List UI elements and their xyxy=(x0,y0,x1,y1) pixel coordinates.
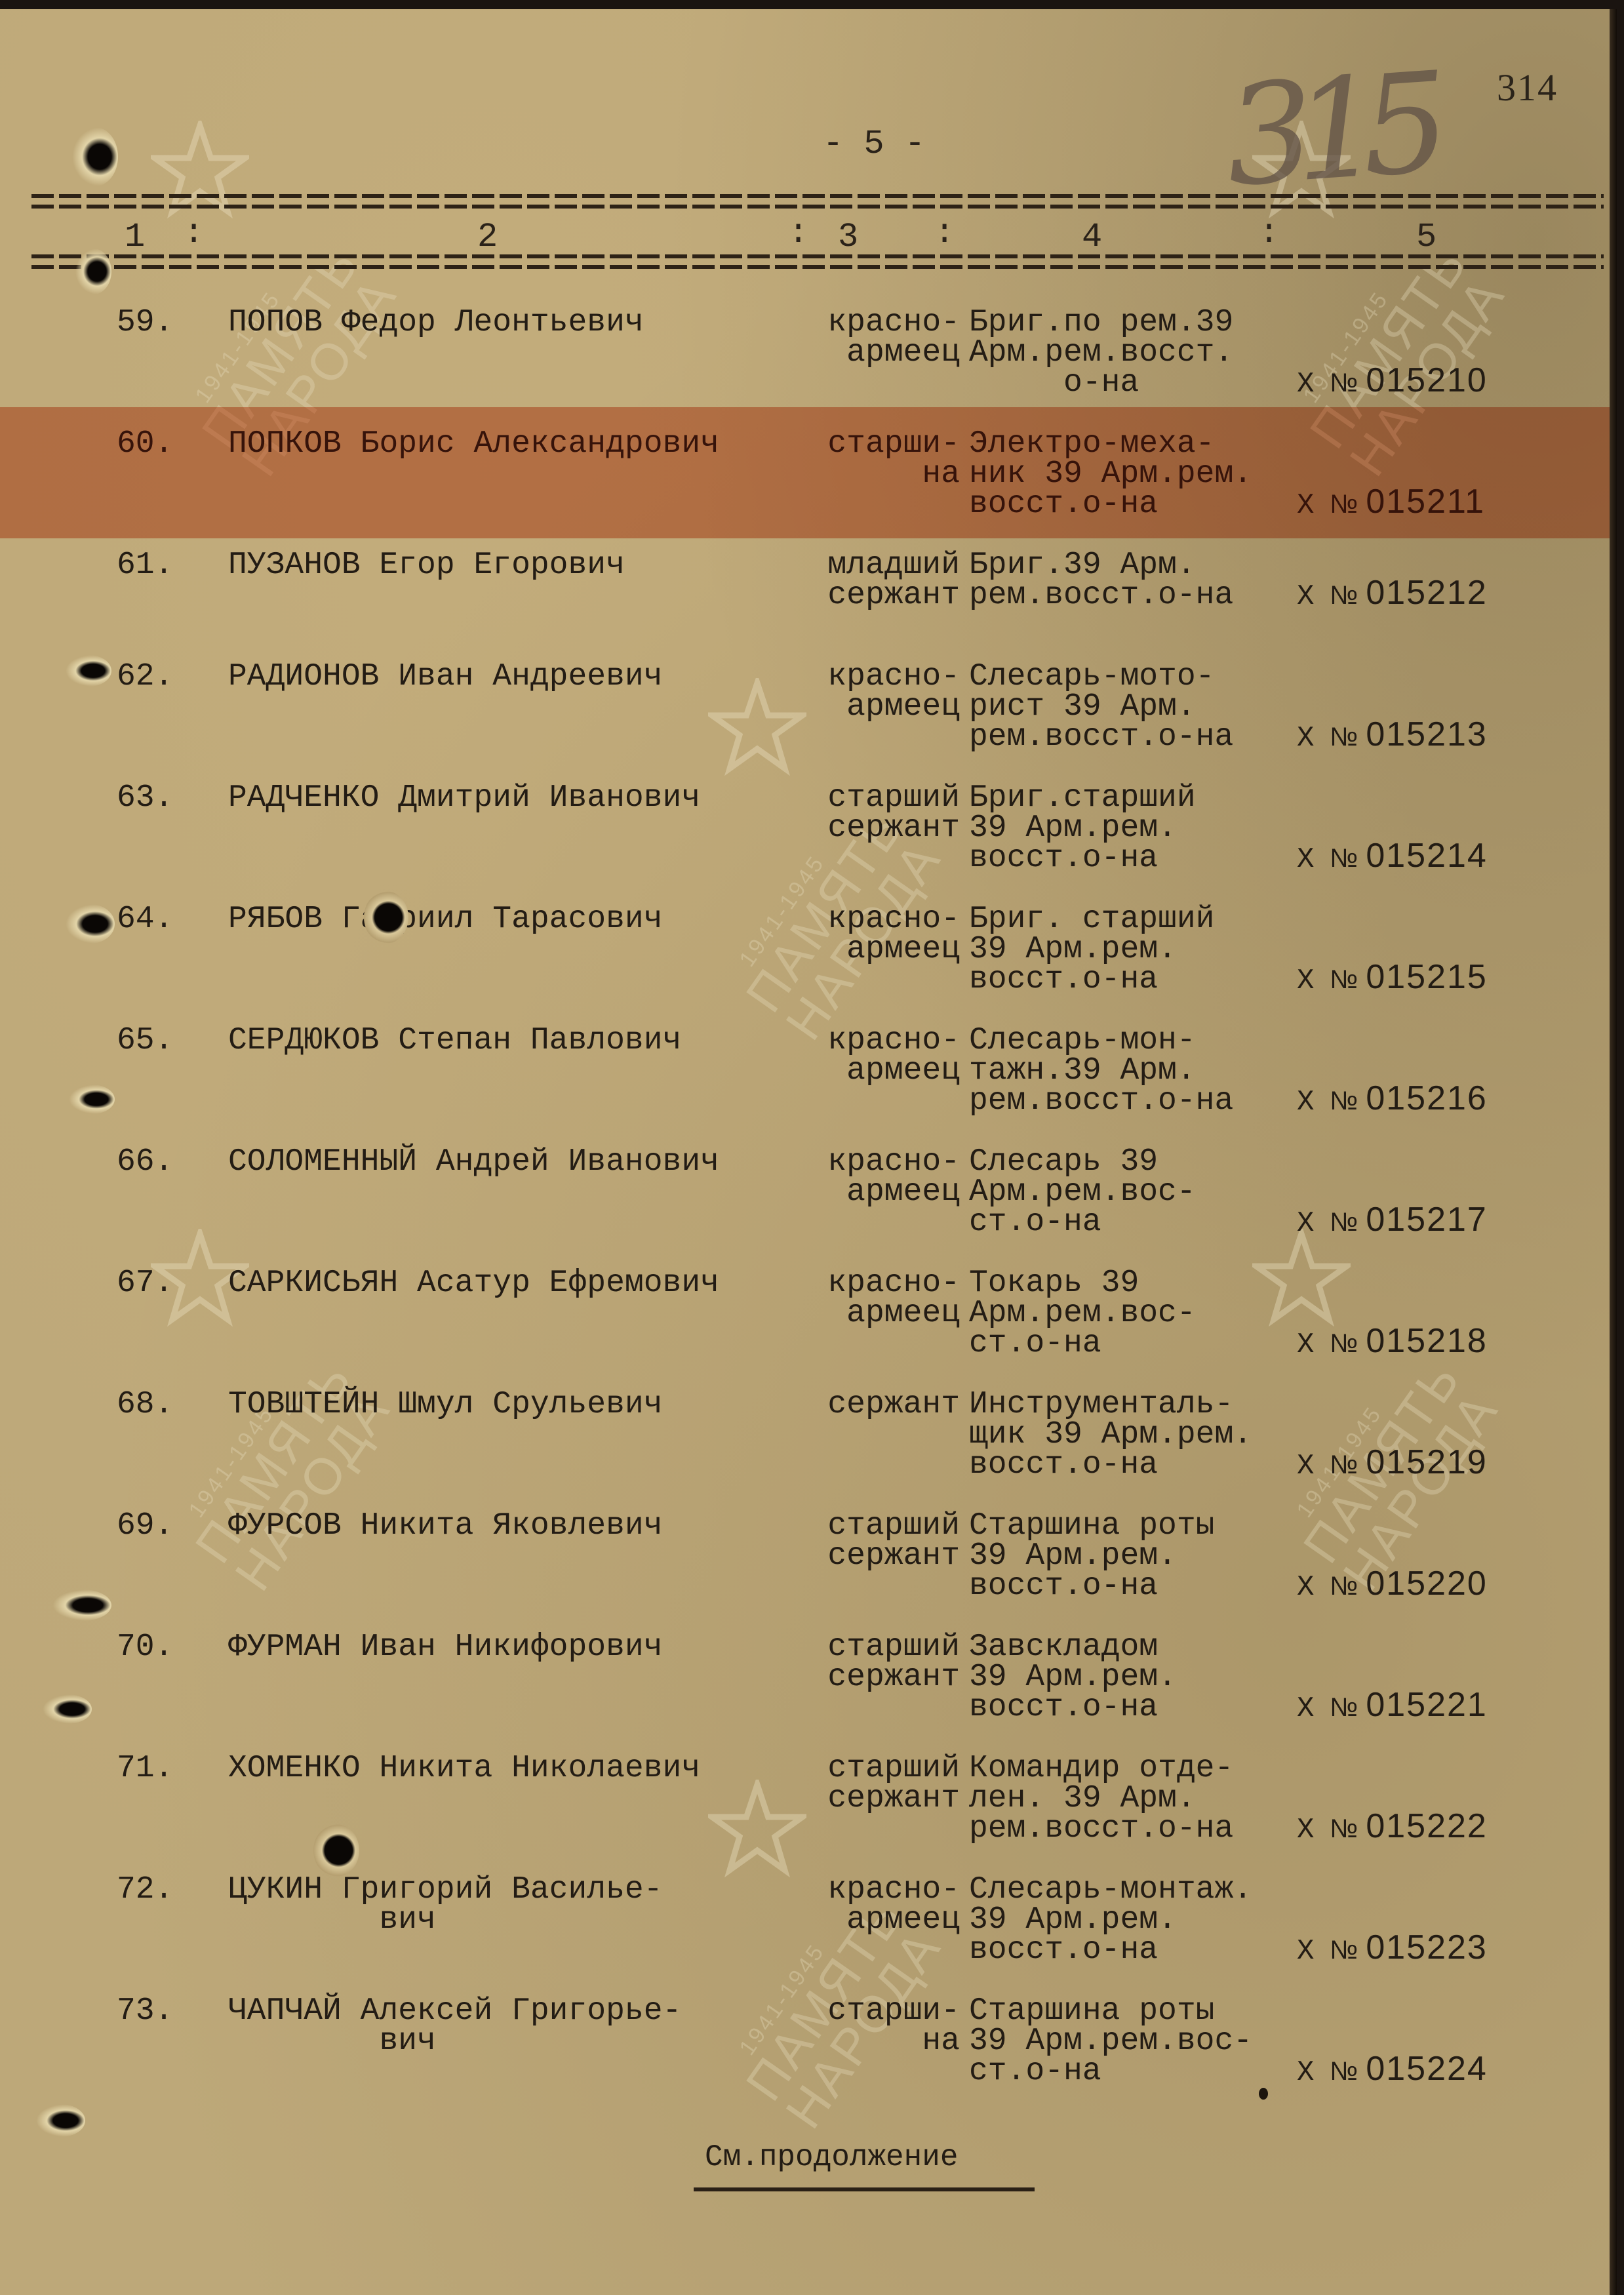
punch-hole xyxy=(66,655,111,687)
entry-position-line: Арм.рем.восст. xyxy=(969,338,1233,368)
entry-position-line: 39 Арм.рем. xyxy=(969,1662,1177,1692)
entry-position-line: восст.о-на xyxy=(969,1571,1214,1601)
entry-position-line: рем.восст.о-на xyxy=(969,1814,1233,1844)
entry-position-line: лен. 39 Арм. xyxy=(969,1784,1233,1814)
entry-position-line: Слесарь 39 xyxy=(969,1147,1196,1177)
page-edge xyxy=(1610,9,1617,2295)
entry-position-line: восст.о-на xyxy=(969,1935,1252,1965)
entry-rank-line: младший xyxy=(805,550,960,580)
punch-hole xyxy=(313,1824,359,1877)
entry-rank: старшийсержант xyxy=(805,1753,960,1814)
number-sign: № xyxy=(1330,1572,1359,1601)
entry-award-number: Х№015215 xyxy=(1297,962,1488,996)
entry-name-line: ФУРСОВ Никита Яковлевич xyxy=(228,1511,663,1541)
entry-position-line: Арм.рем.вос- xyxy=(969,1177,1196,1207)
highlighted-entry-band xyxy=(0,407,1617,538)
award-serial: 015224 xyxy=(1366,2050,1488,2088)
entry-full-name: СЕРДЮКОВ Степан Павлович xyxy=(228,1026,681,1056)
number-sign: № xyxy=(1330,1450,1359,1479)
entry-rank: красно-армеец xyxy=(805,1875,960,1935)
entry-rank-line: красно- xyxy=(805,904,960,934)
number-sign: № xyxy=(1330,1936,1359,1965)
entry-name-line: ПОПОВ Федор Леонтьевич xyxy=(228,308,644,338)
entry-name-line: РЯБОВ Гавриил Тарасович xyxy=(228,904,663,934)
entry-position: Бриг.старший39 Арм.рем.восст.о-на xyxy=(969,783,1196,873)
column-header-1: 1 xyxy=(125,218,145,256)
entry-name-line: ЧАПЧАЙ Алексей Григорье- xyxy=(228,1996,681,2026)
award-prefix: Х xyxy=(1297,1935,1315,1968)
entry-position-line: ст.о-на xyxy=(969,2056,1252,2086)
award-prefix: Х xyxy=(1297,1571,1315,1604)
number-sign: № xyxy=(1330,844,1359,873)
punch-hole xyxy=(364,891,408,944)
entry-rank-line: старший xyxy=(805,1511,960,1541)
entry-number: 68. xyxy=(117,1389,173,1420)
number-sign: № xyxy=(1330,581,1359,610)
number-sign: № xyxy=(1330,1814,1359,1843)
entry-rank-line: сержант xyxy=(805,1389,960,1420)
entry-rank: красно-армеец xyxy=(805,308,960,368)
entry-award-number: Х№015216 xyxy=(1297,1083,1488,1117)
entry-rank-line: сержант xyxy=(805,813,960,843)
entry-rank: старшийсержант xyxy=(805,1511,960,1571)
award-serial: 015217 xyxy=(1366,1201,1488,1239)
entry-position-line: рем.восст.о-на xyxy=(969,1086,1233,1116)
entry-position-line: рем.восст.о-на xyxy=(969,722,1233,752)
entry-rank-line: старший xyxy=(805,1753,960,1784)
entry-award-number: Х№015217 xyxy=(1297,1205,1488,1239)
entry-number: 67. xyxy=(117,1268,173,1298)
entry-name-line: ПУЗАНОВ Егор Егорович xyxy=(228,550,625,580)
award-prefix: Х xyxy=(1297,965,1315,997)
entry-position-line: щик 39 Арм.рем. xyxy=(969,1420,1252,1450)
ink-dot xyxy=(1259,2088,1268,2100)
award-prefix: Х xyxy=(1297,1450,1315,1483)
entry-rank-line: армеец xyxy=(805,1905,960,1935)
punch-hole xyxy=(75,249,111,294)
entry-position-line: Старшина роты xyxy=(969,1996,1252,2026)
number-sign: № xyxy=(1330,1329,1359,1358)
entry-position: Токарь 39Арм.рем.вос-ст.о-на xyxy=(969,1268,1196,1359)
punch-hole xyxy=(43,1694,92,1724)
entry-full-name: ЧАПЧАЙ Алексей Григорье- вич xyxy=(228,1996,681,2056)
continuation-underline xyxy=(694,2187,1035,2191)
entry-full-name: ТОВШТЕЙН Шмул Срульевич xyxy=(228,1389,663,1420)
entry-full-name: РЯБОВ Гавриил Тарасович xyxy=(228,904,663,934)
entry-position: Слесарь-мото-рист 39 Арм.рем.восст.о-на xyxy=(969,662,1233,752)
watermark-star-icon xyxy=(1252,1229,1351,1327)
award-serial: 015218 xyxy=(1366,1322,1488,1360)
entry-position-line: ст.о-на xyxy=(969,1328,1196,1359)
entry-full-name: ЦУКИН Григорий Василье- вич xyxy=(228,1875,663,1935)
entry-rank: красно-армеец xyxy=(805,662,960,722)
entry-rank: старшийсержант xyxy=(805,1632,960,1692)
award-prefix: Х xyxy=(1297,722,1315,755)
entry-name-line: САРКИСЬЯН Асатур Ефремович xyxy=(228,1268,719,1298)
punch-hole xyxy=(52,1589,111,1621)
column-separator: : xyxy=(934,214,955,252)
entry-number: 65. xyxy=(117,1026,173,1056)
entry-full-name: ХОМЕНКО Никита Николаевич xyxy=(228,1753,700,1784)
punch-hole xyxy=(69,1085,115,1114)
column-header-3: 3 xyxy=(838,218,858,256)
entry-number: 72. xyxy=(117,1875,173,1905)
award-serial: 015214 xyxy=(1366,837,1488,875)
entry-full-name: ПОПОВ Федор Леонтьевич xyxy=(228,308,644,338)
entry-position-line: Командир отде- xyxy=(969,1753,1233,1784)
entry-number: 73. xyxy=(117,1996,173,2026)
entry-number: 64. xyxy=(117,904,173,934)
entry-number: 62. xyxy=(117,662,173,692)
entry-number: 71. xyxy=(117,1753,173,1784)
entry-full-name: САРКИСЬЯН Асатур Ефремович xyxy=(228,1268,719,1298)
entry-position-line: Слесарь-мото- xyxy=(969,662,1233,692)
entry-rank-line: старший xyxy=(805,1632,960,1662)
column-separator: : xyxy=(184,214,204,252)
continuation-note: См.продолжение xyxy=(705,2140,958,2174)
award-prefix: Х xyxy=(1297,368,1315,401)
entry-position-line: Слесарь-мон- xyxy=(969,1026,1233,1056)
entry-position: Бриг. старший39 Арм.рем.восст.о-на xyxy=(969,904,1214,995)
number-sign: № xyxy=(1330,1208,1359,1237)
entry-position-line: восст.о-на xyxy=(969,843,1196,873)
entry-name-line: СЕРДЮКОВ Степан Павлович xyxy=(228,1026,681,1056)
entry-rank: красно-армеец xyxy=(805,1026,960,1086)
entry-award-number: Х№015222 xyxy=(1297,1811,1488,1845)
entry-number: 70. xyxy=(117,1632,173,1662)
award-serial: 015220 xyxy=(1366,1565,1488,1603)
award-serial: 015219 xyxy=(1366,1443,1488,1481)
entry-rank: старши-на xyxy=(805,1996,960,2056)
number-sign: № xyxy=(1330,723,1359,751)
watermark-text: 1941-1945ПАМЯТЬНАРОДА xyxy=(170,1341,400,1598)
entry-award-number: Х№015220 xyxy=(1297,1568,1488,1603)
entry-rank-line: сержант xyxy=(805,1784,960,1814)
punch-hole xyxy=(66,904,115,944)
entry-rank-line: старший xyxy=(805,783,960,813)
watermark-star-icon xyxy=(708,1780,806,1878)
entry-rank: младшийсержант xyxy=(805,550,960,610)
entry-position: Инструменталь-щик 39 Арм.рем.восст.о-на xyxy=(969,1389,1252,1480)
entry-name-line: ЦУКИН Григорий Василье- xyxy=(228,1875,663,1905)
award-prefix: Х xyxy=(1297,580,1315,613)
entry-position: Слесарь-мон-тажн.39 Арм.рем.восст.о-на xyxy=(969,1026,1233,1116)
entry-full-name: РАДЧЕНКО Дмитрий Иванович xyxy=(228,783,700,813)
entry-position-line: тажн.39 Арм. xyxy=(969,1056,1233,1086)
entry-position: Бриг.39 Арм.рем.восст.о-на xyxy=(969,550,1233,610)
watermark-star-icon xyxy=(708,678,806,776)
entry-position-line: Арм.рем.вос- xyxy=(969,1298,1196,1328)
entry-position-line: Завскладом xyxy=(969,1632,1177,1662)
entry-position-line: рист 39 Арм. xyxy=(969,692,1233,722)
entry-award-number: Х№015219 xyxy=(1297,1447,1488,1481)
column-separator: : xyxy=(1259,214,1279,252)
entry-name-line: вич xyxy=(228,2026,681,2056)
award-prefix: Х xyxy=(1297,1692,1315,1725)
award-serial: 015216 xyxy=(1366,1079,1488,1117)
entry-number: 61. xyxy=(117,550,173,580)
entry-rank: красно-армеец xyxy=(805,1268,960,1328)
entry-position-line: 39 Арм.рем. xyxy=(969,1541,1214,1571)
entry-full-name: ПУЗАНОВ Егор Егорович xyxy=(228,550,625,580)
award-prefix: Х xyxy=(1297,843,1315,876)
entry-number: 69. xyxy=(117,1511,173,1541)
entry-rank: красно-армеец xyxy=(805,1147,960,1207)
entry-rank-line: красно- xyxy=(805,1875,960,1905)
number-sign: № xyxy=(1330,965,1359,994)
entry-position-line: Токарь 39 xyxy=(969,1268,1196,1298)
entry-rank-line: на xyxy=(805,2026,960,2056)
entry-rank-line: армеец xyxy=(805,1298,960,1328)
award-prefix: Х xyxy=(1297,1207,1315,1240)
award-prefix: Х xyxy=(1297,1086,1315,1119)
entry-number: 59. xyxy=(117,308,173,338)
punch-hole xyxy=(72,127,118,186)
award-prefix: Х xyxy=(1297,1328,1315,1361)
entry-name-line: ФУРМАН Иван Никифорович xyxy=(228,1632,663,1662)
entry-name-line: вич xyxy=(228,1905,663,1935)
header-rule-bottom xyxy=(31,254,1604,269)
entry-rank-line: красно- xyxy=(805,1026,960,1056)
entry-full-name: СОЛОМЕННЫЙ Андрей Иванович xyxy=(228,1147,719,1177)
entry-position-line: ст.о-на xyxy=(969,1207,1196,1237)
award-serial: 015213 xyxy=(1366,715,1488,753)
archive-document-page: 1941-1945ПАМЯТЬНАРОДА 1941-1945ПАМЯТЬНАР… xyxy=(0,9,1617,2295)
entry-position: Бриг.по рем.39Арм.рем.восст. о-на xyxy=(969,308,1233,398)
entry-position-line: рем.восст.о-на xyxy=(969,580,1233,610)
entry-position-line: восст.о-на xyxy=(969,1450,1252,1480)
entry-award-number: Х№015210 xyxy=(1297,365,1488,399)
entry-number: 63. xyxy=(117,783,173,813)
entry-position-line: 39 Арм.рем.вос- xyxy=(969,2026,1252,2056)
entry-rank-line: армеец xyxy=(805,692,960,722)
entry-name-line: РАДЧЕНКО Дмитрий Иванович xyxy=(228,783,700,813)
award-prefix: Х xyxy=(1297,2056,1315,2089)
entry-award-number: Х№015213 xyxy=(1297,719,1488,753)
entry-rank-line: красно- xyxy=(805,662,960,692)
entry-name-line: ХОМЕНКО Никита Николаевич xyxy=(228,1753,700,1784)
entry-award-number: Х№015214 xyxy=(1297,841,1488,875)
entry-rank-line: армеец xyxy=(805,934,960,965)
entry-position-line: восст.о-на xyxy=(969,1692,1177,1723)
entry-rank-line: красно- xyxy=(805,1268,960,1298)
entry-position-line: Бриг.по рем.39 xyxy=(969,308,1233,338)
entry-position: Слесарь 39Арм.рем.вос-ст.о-на xyxy=(969,1147,1196,1237)
award-prefix: Х xyxy=(1297,1814,1315,1846)
entry-award-number: Х№015221 xyxy=(1297,1690,1488,1724)
entry-position: Завскладом39 Арм.рем.восст.о-на xyxy=(969,1632,1177,1723)
header-rule-top xyxy=(31,194,1604,209)
handwritten-folio-number: 315 xyxy=(1221,43,1435,217)
entry-position-line: Бриг.39 Арм. xyxy=(969,550,1233,580)
award-serial: 015212 xyxy=(1366,574,1488,612)
entry-rank-line: сержант xyxy=(805,1541,960,1571)
entry-name-line: ТОВШТЕЙН Шмул Срульевич xyxy=(228,1389,663,1420)
entry-position-line: Старшина роты xyxy=(969,1511,1214,1541)
entry-award-number: Х№015218 xyxy=(1297,1326,1488,1360)
entry-position-line: Бриг.старший xyxy=(969,783,1196,813)
entry-rank-line: красно- xyxy=(805,1147,960,1177)
entry-full-name: ФУРМАН Иван Никифорович xyxy=(228,1632,663,1662)
entry-position-line: 39 Арм.рем. xyxy=(969,1905,1252,1935)
punch-hole xyxy=(36,2104,85,2137)
entry-position-line: Слесарь-монтаж. xyxy=(969,1875,1252,1905)
entry-position-line: Бриг. старший xyxy=(969,904,1214,934)
entry-rank-line: армеец xyxy=(805,1177,960,1207)
number-sign: № xyxy=(1330,1693,1359,1722)
entry-rank: старшийсержант xyxy=(805,783,960,843)
number-sign: № xyxy=(1330,369,1359,397)
entry-award-number: Х№015224 xyxy=(1297,2054,1488,2088)
award-serial: 015215 xyxy=(1366,958,1488,996)
column-header-2: 2 xyxy=(477,218,498,256)
entry-position-line: восст.о-на xyxy=(969,965,1214,995)
entry-full-name: РАДИОНОВ Иван Андреевич xyxy=(228,662,663,692)
entry-full-name: ФУРСОВ Никита Яковлевич xyxy=(228,1511,663,1541)
page-marker: - 5 - xyxy=(823,125,925,163)
entry-position: Слесарь-монтаж.39 Арм.рем.восст.о-на xyxy=(969,1875,1252,1965)
folio-stamp: 314 xyxy=(1497,66,1558,110)
entry-position: Командир отде-лен. 39 Арм.рем.восст.о-на xyxy=(969,1753,1233,1844)
award-serial: 015210 xyxy=(1366,361,1488,399)
entry-rank-line: старши- xyxy=(805,1996,960,2026)
entry-rank: сержант xyxy=(805,1389,960,1420)
entry-rank: красно-армеец xyxy=(805,904,960,965)
column-header-5: 5 xyxy=(1416,218,1436,256)
entry-rank-line: красно- xyxy=(805,308,960,338)
entry-position-line: 39 Арм.рем. xyxy=(969,934,1214,965)
column-separator: : xyxy=(788,214,808,252)
entry-name-line: СОЛОМЕННЫЙ Андрей Иванович xyxy=(228,1147,719,1177)
number-sign: № xyxy=(1330,1087,1359,1115)
entry-name-line: РАДИОНОВ Иван Андреевич xyxy=(228,662,663,692)
entry-number: 66. xyxy=(117,1147,173,1177)
entry-award-number: Х№015212 xyxy=(1297,578,1488,612)
entry-position: Старшина роты39 Арм.рем.восст.о-на xyxy=(969,1511,1214,1601)
award-serial: 015222 xyxy=(1366,1807,1488,1845)
entry-position-line: 39 Арм.рем. xyxy=(969,813,1196,843)
entry-rank-line: армеец xyxy=(805,338,960,368)
entry-position-line: о-на xyxy=(969,368,1233,398)
entry-position-line: Инструменталь- xyxy=(969,1389,1252,1420)
entry-rank-line: сержант xyxy=(805,580,960,610)
entry-rank-line: армеец xyxy=(805,1056,960,1086)
entry-position: Старшина роты39 Арм.рем.вос-ст.о-на xyxy=(969,1996,1252,2086)
award-serial: 015221 xyxy=(1366,1686,1488,1724)
column-header-4: 4 xyxy=(1082,218,1102,256)
entry-award-number: Х№015223 xyxy=(1297,1932,1488,1966)
award-serial: 015223 xyxy=(1366,1928,1488,1966)
entry-rank-line: сержант xyxy=(805,1662,960,1692)
number-sign: № xyxy=(1330,2057,1359,2086)
